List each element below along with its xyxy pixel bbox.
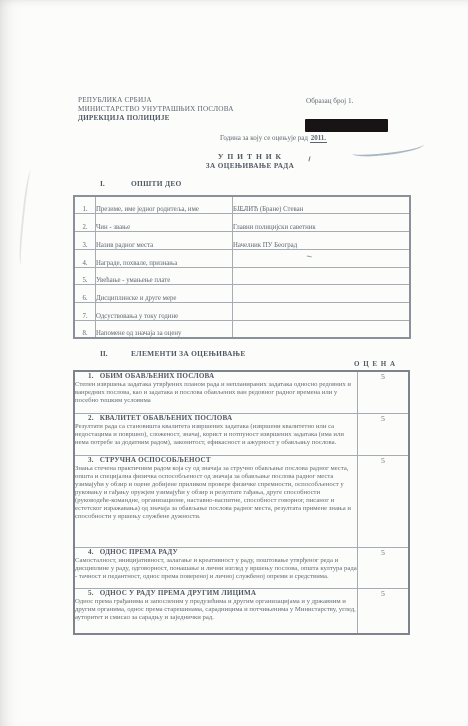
item-title: 5.ОДНОС У РАДУ ПРЕМА ДРУГИМ ЛИЦИМА: [75, 589, 357, 598]
row-number: 4.: [74, 249, 96, 267]
scan-artifact: [17, 170, 35, 265]
row-label: Презиме, име једног родитеља, име: [96, 196, 233, 214]
redaction-box: [305, 119, 388, 132]
evaluation-year-line: Година за коју се оцењује рад 2011.: [220, 134, 410, 142]
row-number: 2.: [74, 214, 96, 232]
item-title-text: СТРУЧНА ОСПОСОБЉЕНОСТ: [100, 456, 211, 464]
org-header: РЕПУБЛИКА СРБИЈА МИНИСТАРСТВО УНУТРАШЊИХ…: [78, 96, 234, 123]
general-data-table: 1. Презиме, име једног родитеља, име БЈЕ…: [73, 195, 411, 339]
row-label: Увећање - умањење плате: [96, 267, 233, 285]
item-content: 3.СТРУЧНА ОСПОСОБЉЕНОСТ Знања стечена пр…: [74, 455, 358, 547]
pen-mark: [307, 252, 313, 257]
item-score: 5: [358, 588, 410, 634]
table-row: 5. Увећање - умањење плате: [74, 267, 410, 285]
item-score: 5: [358, 371, 410, 413]
item-title-text: ОДНОС ПРЕМА РАДУ: [100, 548, 178, 556]
row-number: 1.: [74, 196, 96, 214]
row-value: [233, 249, 411, 267]
row-label: Одсуствовања у току године: [96, 303, 233, 321]
section1-heading: ОПШТИ ДЕО: [131, 179, 182, 188]
row-label: Назив радног места: [96, 232, 233, 250]
table-row: 2. Чин - звање Главни полицијски саветни…: [74, 214, 410, 232]
item-title: 3.СТРУЧНА ОСПОСОБЉЕНОСТ: [75, 456, 357, 465]
form-title: У П И Т Н И К ЗА ОЦЕЊИВАЊЕ РАДА: [100, 153, 400, 170]
item-content: 1.ОБИМ ОБАВЉЕНИХ ПОСЛОВА Степен извршења…: [74, 371, 358, 413]
row-number: 5.: [74, 267, 96, 285]
row-number: 8.: [74, 321, 96, 339]
table-row: 4. Награде, похвале, признања: [74, 249, 410, 267]
item-description: Степен извршења задатака утврђених плано…: [75, 381, 357, 405]
evaluation-item-row: 4.ОДНОС ПРЕМА РАДУ Самосталност, иниција…: [74, 547, 409, 588]
item-description: Резултати рада са становишта квалитета и…: [75, 423, 357, 447]
row-label: Награде, похвале, признања: [96, 249, 233, 267]
evaluation-elements-table: 1.ОБИМ ОБАВЉЕНИХ ПОСЛОВА Степен извршења…: [73, 370, 410, 635]
section2-numeral: II.: [100, 349, 108, 358]
item-number: 1.: [88, 372, 94, 380]
evaluation-year-label: Година за коју се оцењује рад: [220, 134, 308, 142]
row-number: 7.: [74, 303, 96, 321]
evaluation-item-row: 5.ОДНОС У РАДУ ПРЕМА ДРУГИМ ЛИЦИМА Однос…: [74, 588, 409, 634]
row-label: Чин - звање: [96, 214, 233, 232]
scanned-form-page: РЕПУБЛИКА СРБИЈА МИНИСТАРСТВО УНУТРАШЊИХ…: [0, 0, 468, 726]
table-row: 3. Назив радног места Начелник ПУ Београ…: [74, 232, 410, 250]
row-value: Главни полицијски саветник: [233, 214, 411, 232]
evaluation-item-row: 2.КВАЛИТЕТ ОБАВЉЕНИХ ПОСЛОВА Резултати р…: [74, 413, 409, 455]
row-number: 6.: [74, 285, 96, 303]
item-score: 5: [358, 413, 410, 455]
form-title-line1: У П И Т Н И К: [100, 153, 400, 162]
row-label: Дисциплинске и друге мере: [96, 285, 233, 303]
form-number-label: Образац број 1.: [306, 97, 353, 105]
org-line-directorate: ДИРЕКЦИЈА ПОЛИЦИЈЕ: [78, 114, 234, 123]
section1-numeral: I.: [100, 179, 105, 188]
section2-heading: ЕЛЕМЕНТИ ЗА ОЦЕЊИВАЊЕ: [131, 349, 246, 358]
item-description: Однос према грађанима и запосленим у пре…: [75, 598, 357, 622]
score-column-header: О Ц Е Н А: [354, 360, 396, 368]
item-content: 5.ОДНОС У РАДУ ПРЕМА ДРУГИМ ЛИЦИМА Однос…: [74, 588, 358, 634]
table-row: 8. Напомене од значаја за оцену: [74, 321, 410, 339]
evaluation-item-row: 1.ОБИМ ОБАВЉЕНИХ ПОСЛОВА Степен извршења…: [74, 371, 409, 413]
item-content: 4.ОДНОС ПРЕМА РАДУ Самосталност, иниција…: [74, 547, 358, 588]
item-description: Самосталност, иницијативност, залагање и…: [75, 557, 357, 581]
form-title-line2: ЗА ОЦЕЊИВАЊЕ РАДА: [100, 162, 400, 171]
item-score: 5: [358, 547, 410, 588]
org-line-ministry: МИНИСТАРСТВО УНУТРАШЊИХ ПОСЛОВА: [78, 105, 234, 114]
item-title: 4.ОДНОС ПРЕМА РАДУ: [75, 548, 357, 557]
evaluation-item-row: 3.СТРУЧНА ОСПОСОБЉЕНОСТ Знања стечена пр…: [74, 455, 409, 547]
row-value: БЈЕЛИЋ (Бране) Стеван: [233, 196, 411, 214]
row-value: Начелник ПУ Београд: [233, 232, 411, 250]
table-row: 7. Одсуствовања у току године: [74, 303, 410, 321]
row-value: [233, 321, 411, 339]
item-number: 2.: [88, 414, 94, 422]
item-title-text: ОБИМ ОБАВЉЕНИХ ПОСЛОВА: [100, 372, 215, 380]
item-title-text: КВАЛИТЕТ ОБАВЉЕНИХ ПОСЛОВА: [100, 414, 233, 422]
row-number: 3.: [74, 232, 96, 250]
row-label: Напомене од значаја за оцену: [96, 321, 233, 339]
item-title: 1.ОБИМ ОБАВЉЕНИХ ПОСЛОВА: [75, 372, 357, 381]
org-line-republic: РЕПУБЛИКА СРБИЈА: [78, 96, 234, 105]
row-value: [233, 303, 411, 321]
item-content: 2.КВАЛИТЕТ ОБАВЉЕНИХ ПОСЛОВА Резултати р…: [74, 413, 358, 455]
item-score: 5: [358, 455, 410, 547]
item-title-text: ОДНОС У РАДУ ПРЕМА ДРУГИМ ЛИЦИМА: [100, 589, 257, 597]
table-row: 1. Презиме, име једног родитеља, име БЈЕ…: [74, 196, 410, 214]
item-number: 5.: [88, 589, 94, 597]
item-number: 3.: [88, 456, 94, 464]
item-description: Знања стечена практичним радом која су о…: [75, 465, 357, 522]
table-row: 6. Дисциплинске и друге мере: [74, 285, 410, 303]
item-number: 4.: [88, 548, 94, 556]
row-value: [233, 267, 411, 285]
evaluation-year-value: 2011.: [310, 134, 327, 143]
row-value: [233, 285, 411, 303]
item-title: 2.КВАЛИТЕТ ОБАВЉЕНИХ ПОСЛОВА: [75, 414, 357, 423]
